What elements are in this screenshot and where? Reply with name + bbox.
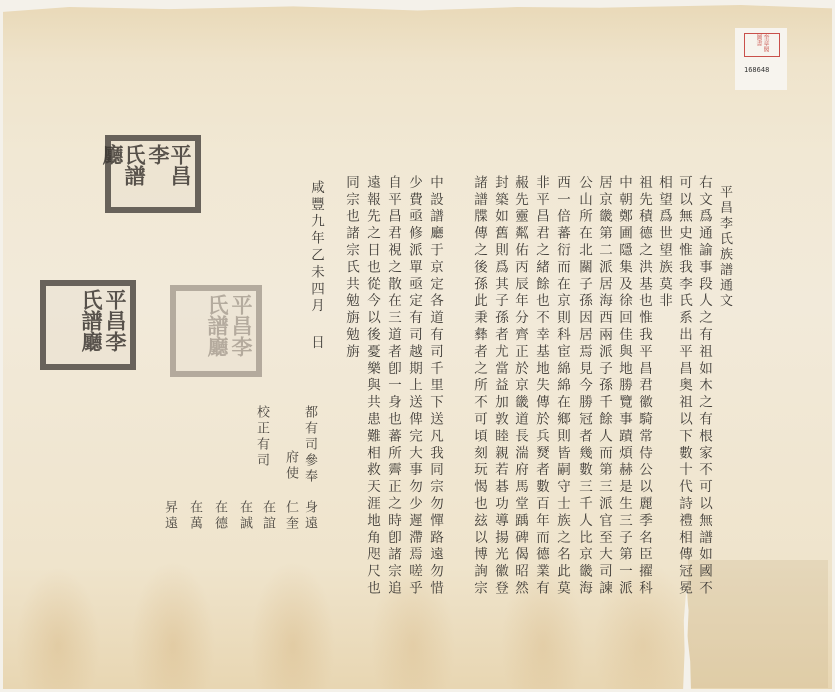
signatory-name-4: 在誠 (235, 500, 254, 532)
body-column-10: 赧先靈粼佑丙辰年分齊正於京畿道長湍府馬堂踽碑偈昭然 (513, 175, 527, 598)
body-column-11: 封築如舊則爲其子孫者尤當益加敦睦親若碁功導揚光徽登 (493, 175, 507, 598)
signatory-name-1: 身遠 (300, 500, 319, 532)
signatory-name-3: 在誼 (258, 500, 277, 532)
body-column-3: 相望爲世望族莫非 (657, 175, 671, 310)
seal-column-left: 氏譜廳 (80, 289, 102, 361)
seal-column-left: 氏譜廳 (101, 144, 145, 204)
date-day: 日 (309, 335, 323, 352)
body-column-13: 中設譜廳于京定各道有司千里下送凡我同宗勿憚路遠勿惜 (428, 175, 442, 598)
body-column-6: 居京畿第二派居海西兩派子孫千餘人而第三派官至大司諫 (597, 175, 611, 598)
body-column-17: 同宗也諸宗氏共勉旃勉旃 (344, 175, 358, 361)
seal-column-left: 氏譜廳 (206, 294, 228, 368)
signatory-name-7: 昇遠 (160, 500, 179, 532)
catalog-number: 168648 (744, 66, 769, 74)
body-column-9: 非平昌君之緒餘也不幸基地失傳於兵燹者數百年而德業有 (534, 175, 548, 598)
clan-seal-faint: 平昌李 氏譜廳 (170, 285, 262, 377)
date-line: 咸豐九年乙未四月 (309, 180, 323, 315)
office-magistrate: 府使 (281, 450, 300, 482)
document-title: 平昌李氏族譜通文 (717, 185, 731, 309)
body-column-7: 公山所在北關子孫因居焉見今勝冠者幾數三千人比京畿海 (577, 175, 591, 598)
signatory-name-2: 仁奎 (281, 500, 300, 532)
body-column-16: 遠報先之日也從今以後憂樂與共患難相救天涯地角咫尺也 (365, 175, 379, 598)
body-column-4: 祖先積德之洪基也惟我平昌君徽騎常侍公以麗季名臣擢科 (637, 175, 651, 598)
office-proofreader: 校正有司 (252, 405, 271, 469)
body-column-1: 右文爲通諭事段人之有祖如木之有根家不可以無譜如國不 (697, 175, 711, 598)
seal-column-right: 平昌李 (147, 144, 191, 204)
signatory-name-6: 在萬 (185, 500, 204, 532)
clan-seal-lower: 平昌李 氏譜廳 (40, 280, 136, 370)
office-chief-registrar: 都有司參奉 (300, 405, 319, 485)
body-column-15: 自平昌君視之散在三道者卽一身也蕃所霽正之時卽諸宗追 (386, 175, 400, 598)
clan-seal-upper: 平昌李 氏譜廳 (105, 135, 201, 213)
body-column-8: 西一倍蕃衍而在京則科宦綿綿在鄉則皆嗣守士族之名此莫 (555, 175, 569, 598)
body-column-14: 少費亟修派單亟定有司越期上送俾完大事勿少遲滯焉嗟乎 (407, 175, 421, 598)
seal-column-right: 平昌李 (230, 294, 252, 368)
signatory-name-5: 在德 (210, 500, 229, 532)
body-column-5: 中朝鄭圃隱集及徐回佳與地勝覽事蹟煩赫是生三子第一派 (617, 175, 631, 598)
seal-column-right: 平昌李 (104, 289, 126, 361)
body-column-2: 可以無史惟我李氏系出平昌奥祖以下數十代詩禮相傳冠冕 (677, 175, 691, 598)
archive-seal: 奎章閣圖書 (744, 33, 780, 57)
body-column-12: 諸譜牒傳之後孫此秉彝者之所不可頃刻玩愒也玆以博詢宗 (472, 175, 486, 598)
